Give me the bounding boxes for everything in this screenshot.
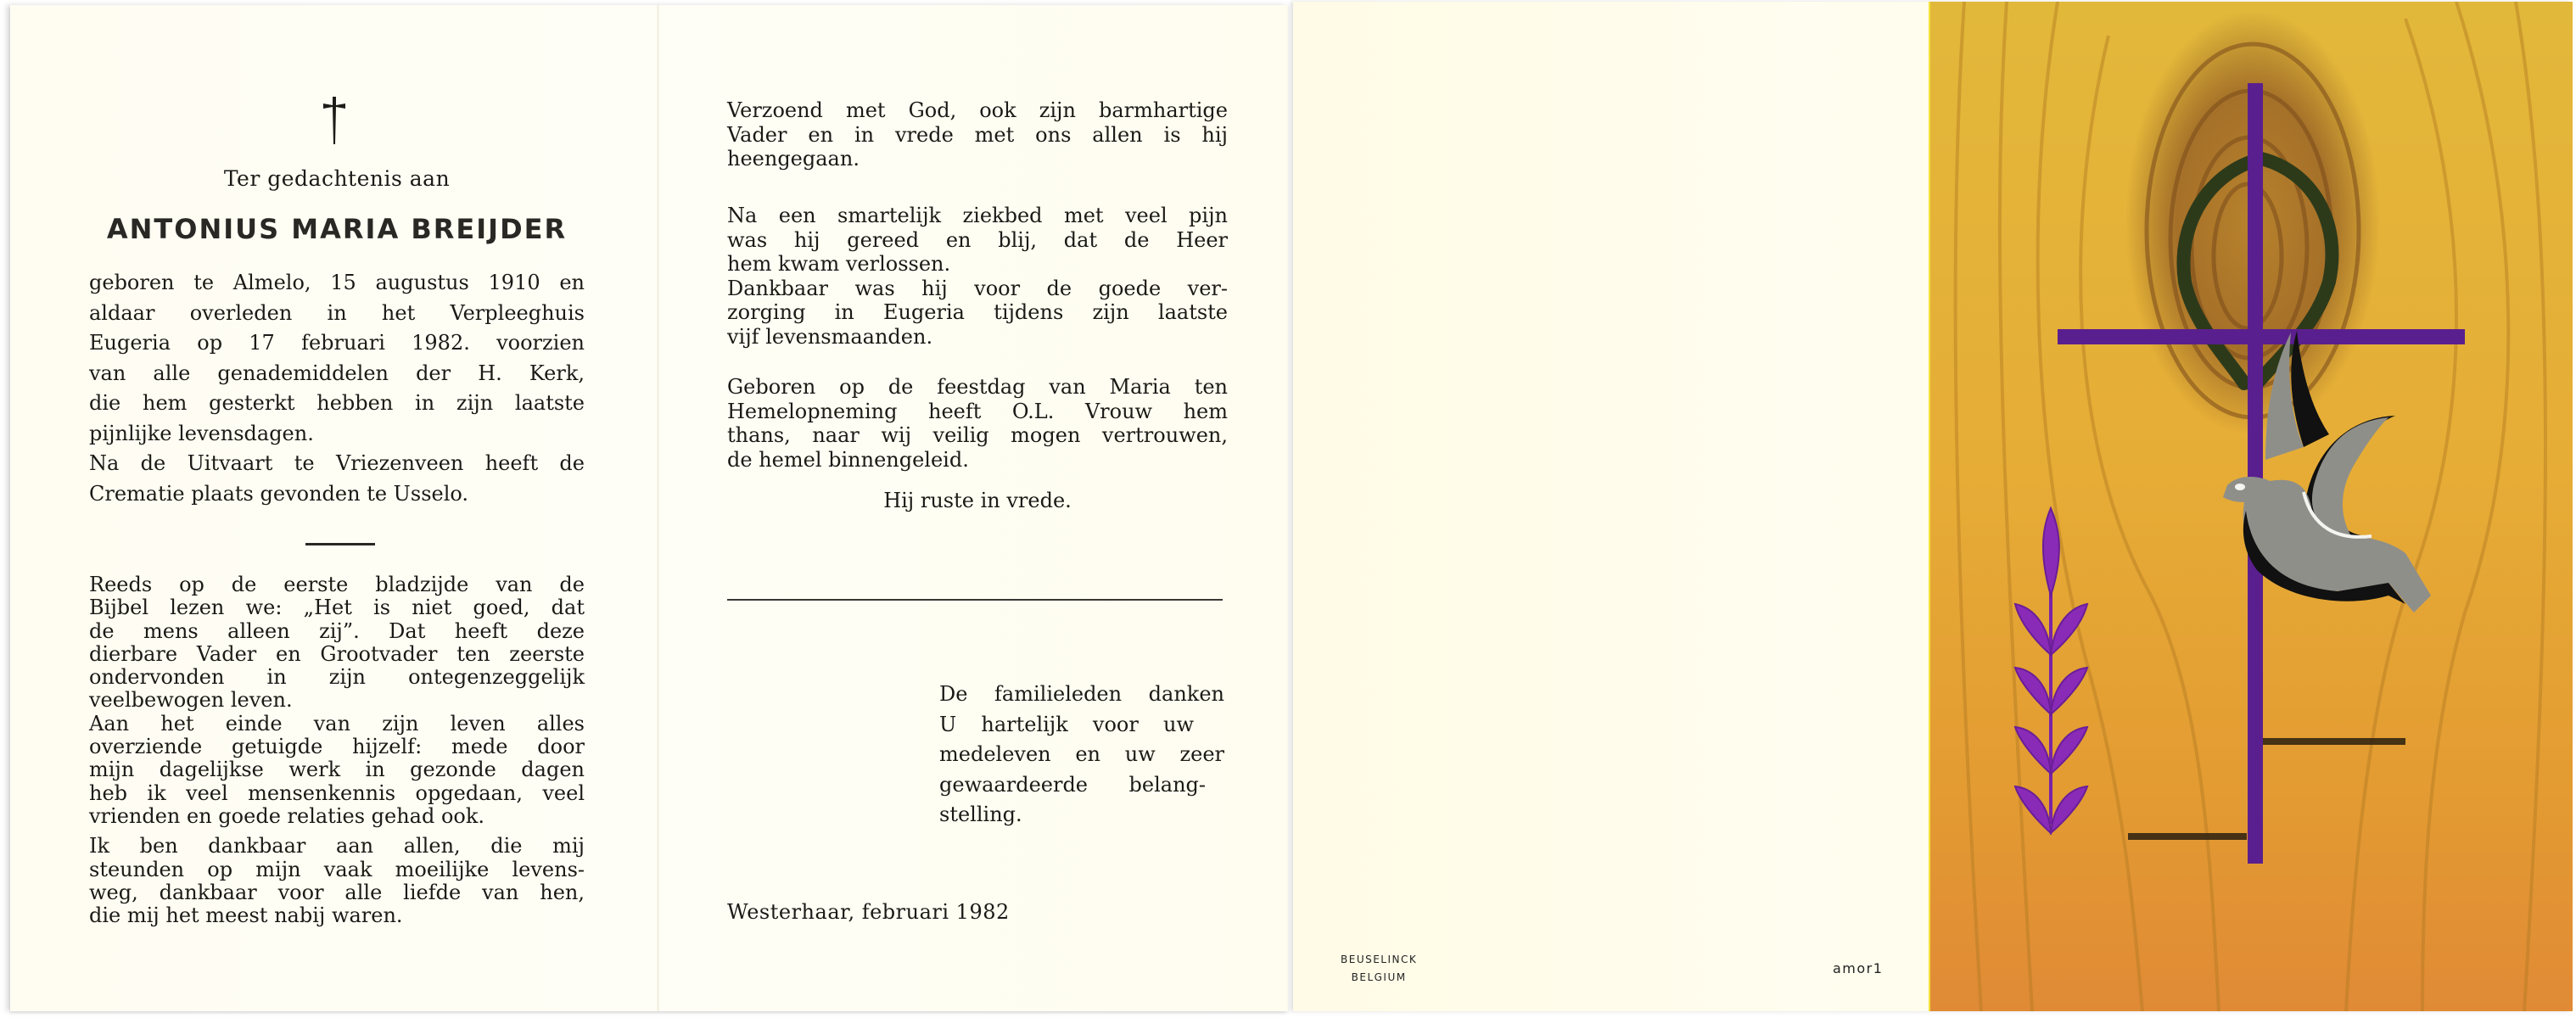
reflection-line: dierbare Vader en Grootvader ten zeerste <box>89 643 585 666</box>
text-line: Hemelopneming heeft O.L. Vrouw hem <box>727 400 1228 424</box>
design-code: amor1 <box>1833 960 1883 976</box>
inside-card: Ter gedachtenis aan ANTONIUS MARIA BREIJ… <box>10 5 1288 1011</box>
reflection-line: vrienden en goede relaties gehad ook. <box>89 805 585 828</box>
text-line: heengegaan. <box>727 147 1228 171</box>
text-line: Na een smartelijk ziekbed met veel pijn <box>727 204 1228 228</box>
illness-paragraph: Na een smartelijk ziekbed met veel pijn … <box>727 204 1228 349</box>
bio-line: Eugeria op 17 februari 1982. voorzien <box>89 328 585 359</box>
separator-rule <box>305 543 375 545</box>
reflection-line: die mij het meest nabij waren. <box>89 904 585 927</box>
reflection-line: steunden op mijn vaak moeilijke levens- <box>89 859 585 881</box>
bio-line: Na de Uitvaart te Vriezenveen heeft de <box>89 449 585 479</box>
biography-block: geboren te Almelo, 15 augustus 1910 en a… <box>89 268 585 509</box>
left-page: Ter gedachtenis aan ANTONIUS MARIA BREIJ… <box>89 5 585 1011</box>
reflection-line: de mens alleen zij”. Dat heeft deze <box>89 620 585 643</box>
text-line: hem kwam verlossen. <box>727 252 1228 277</box>
deceased-name: ANTONIUS MARIA BREIJDER <box>89 213 585 245</box>
thanks-line: U hartelijk voor uw <box>939 710 1224 741</box>
text-line: was hij gereed en blij, dat de Heer <box>727 228 1228 253</box>
reflection-line: Aan het einde van zijn leven alles <box>89 713 585 736</box>
reflection-line: weg, dankbaar voor alle liefde van hen, <box>89 881 585 904</box>
bio-line: van alle genademiddelen der H. Kerk, <box>89 359 585 389</box>
place-date: Westerhaar, februari 1982 <box>727 900 1010 924</box>
cross-icon <box>322 97 347 144</box>
thanks-line: medeleven en uw zeer <box>939 740 1224 770</box>
divider-rule <box>727 599 1223 601</box>
assumption-paragraph: Geboren op de feestdag van Maria ten Hem… <box>727 375 1228 472</box>
reconciliation-paragraph: Verzoend met God, ook zijn barmhartige V… <box>727 98 1228 171</box>
text-line: thans, naar wij veilig mogen vertrouwen, <box>727 423 1228 448</box>
printer-country: BELGIUM <box>1341 969 1417 987</box>
bio-line: geboren te Almelo, 15 augustus 1910 en <box>89 268 585 299</box>
reflection-line: veelbewogen leven. <box>89 689 585 712</box>
thanks-line: stelling. <box>939 800 1224 831</box>
printer-imprint: BEUSELINCK BELGIUM <box>1341 951 1417 987</box>
reflection-line: Bijbel lezen we: „Het is niet goed, dat <box>89 596 585 619</box>
intro-text: Ter gedachtenis aan <box>89 166 585 191</box>
text-line: vijf levensmaanden. <box>727 325 1228 350</box>
thanks-line: gewaardeerde belang- <box>939 770 1224 801</box>
family-thanks: De familieleden danken U hartelijk voor … <box>939 680 1224 831</box>
bio-line: aldaar overleden in het Verpleeghuis <box>89 299 585 329</box>
reflection-line: Reeds op de eerste bladzijde van de <box>89 573 585 596</box>
reflection-line: mijn dagelijkse werk in gezonde dagen <box>89 758 585 781</box>
reflection-block: Reeds op de eerste bladzijde van de Bijb… <box>89 573 585 927</box>
thanks-line: De familieleden danken <box>939 680 1224 710</box>
text-line: de hemel binnengeleid. <box>727 448 1228 473</box>
reflection-line: heb ik veel mensenkennis opgedaan, veel <box>89 782 585 805</box>
text-line: zorging in Eugeria tijdens zijn laatste <box>727 300 1228 325</box>
text-line: Dankbaar was hij voor de goede ver- <box>727 277 1228 301</box>
cover-artwork <box>1929 2 2573 1011</box>
bio-line: die hem gesterkt hebben in zijn laatste <box>89 389 585 419</box>
text-line: Vader en in vrede met ons allen is hij <box>727 123 1228 148</box>
outside-card: BEUSELINCK BELGIUM amor1 <box>1293 2 2571 1011</box>
printer-name: BEUSELINCK <box>1341 951 1417 969</box>
text-line: Geboren op de feestdag van Maria ten <box>727 375 1228 400</box>
bio-line: pijnlijke levensdagen. <box>89 419 585 450</box>
right-page: Verzoend met God, ook zijn barmhartige V… <box>727 5 1228 1011</box>
rest-in-peace-text: Hij ruste in vrede. <box>727 489 1228 512</box>
reflection-line: Ik ben dankbaar aan allen, die mij <box>89 835 585 858</box>
reflection-line: ondervonden in zijn ontegenzeggelijk <box>89 666 585 689</box>
reflection-line: overziende getuigde hijzelf: mede door <box>89 736 585 758</box>
fold-line <box>657 5 659 1011</box>
text-line: Verzoend met God, ook zijn barmhartige <box>727 98 1228 123</box>
wood-grain-illustration <box>1930 2 2573 1011</box>
bio-line: Crematie plaats gevonden te Usselo. <box>89 479 585 510</box>
